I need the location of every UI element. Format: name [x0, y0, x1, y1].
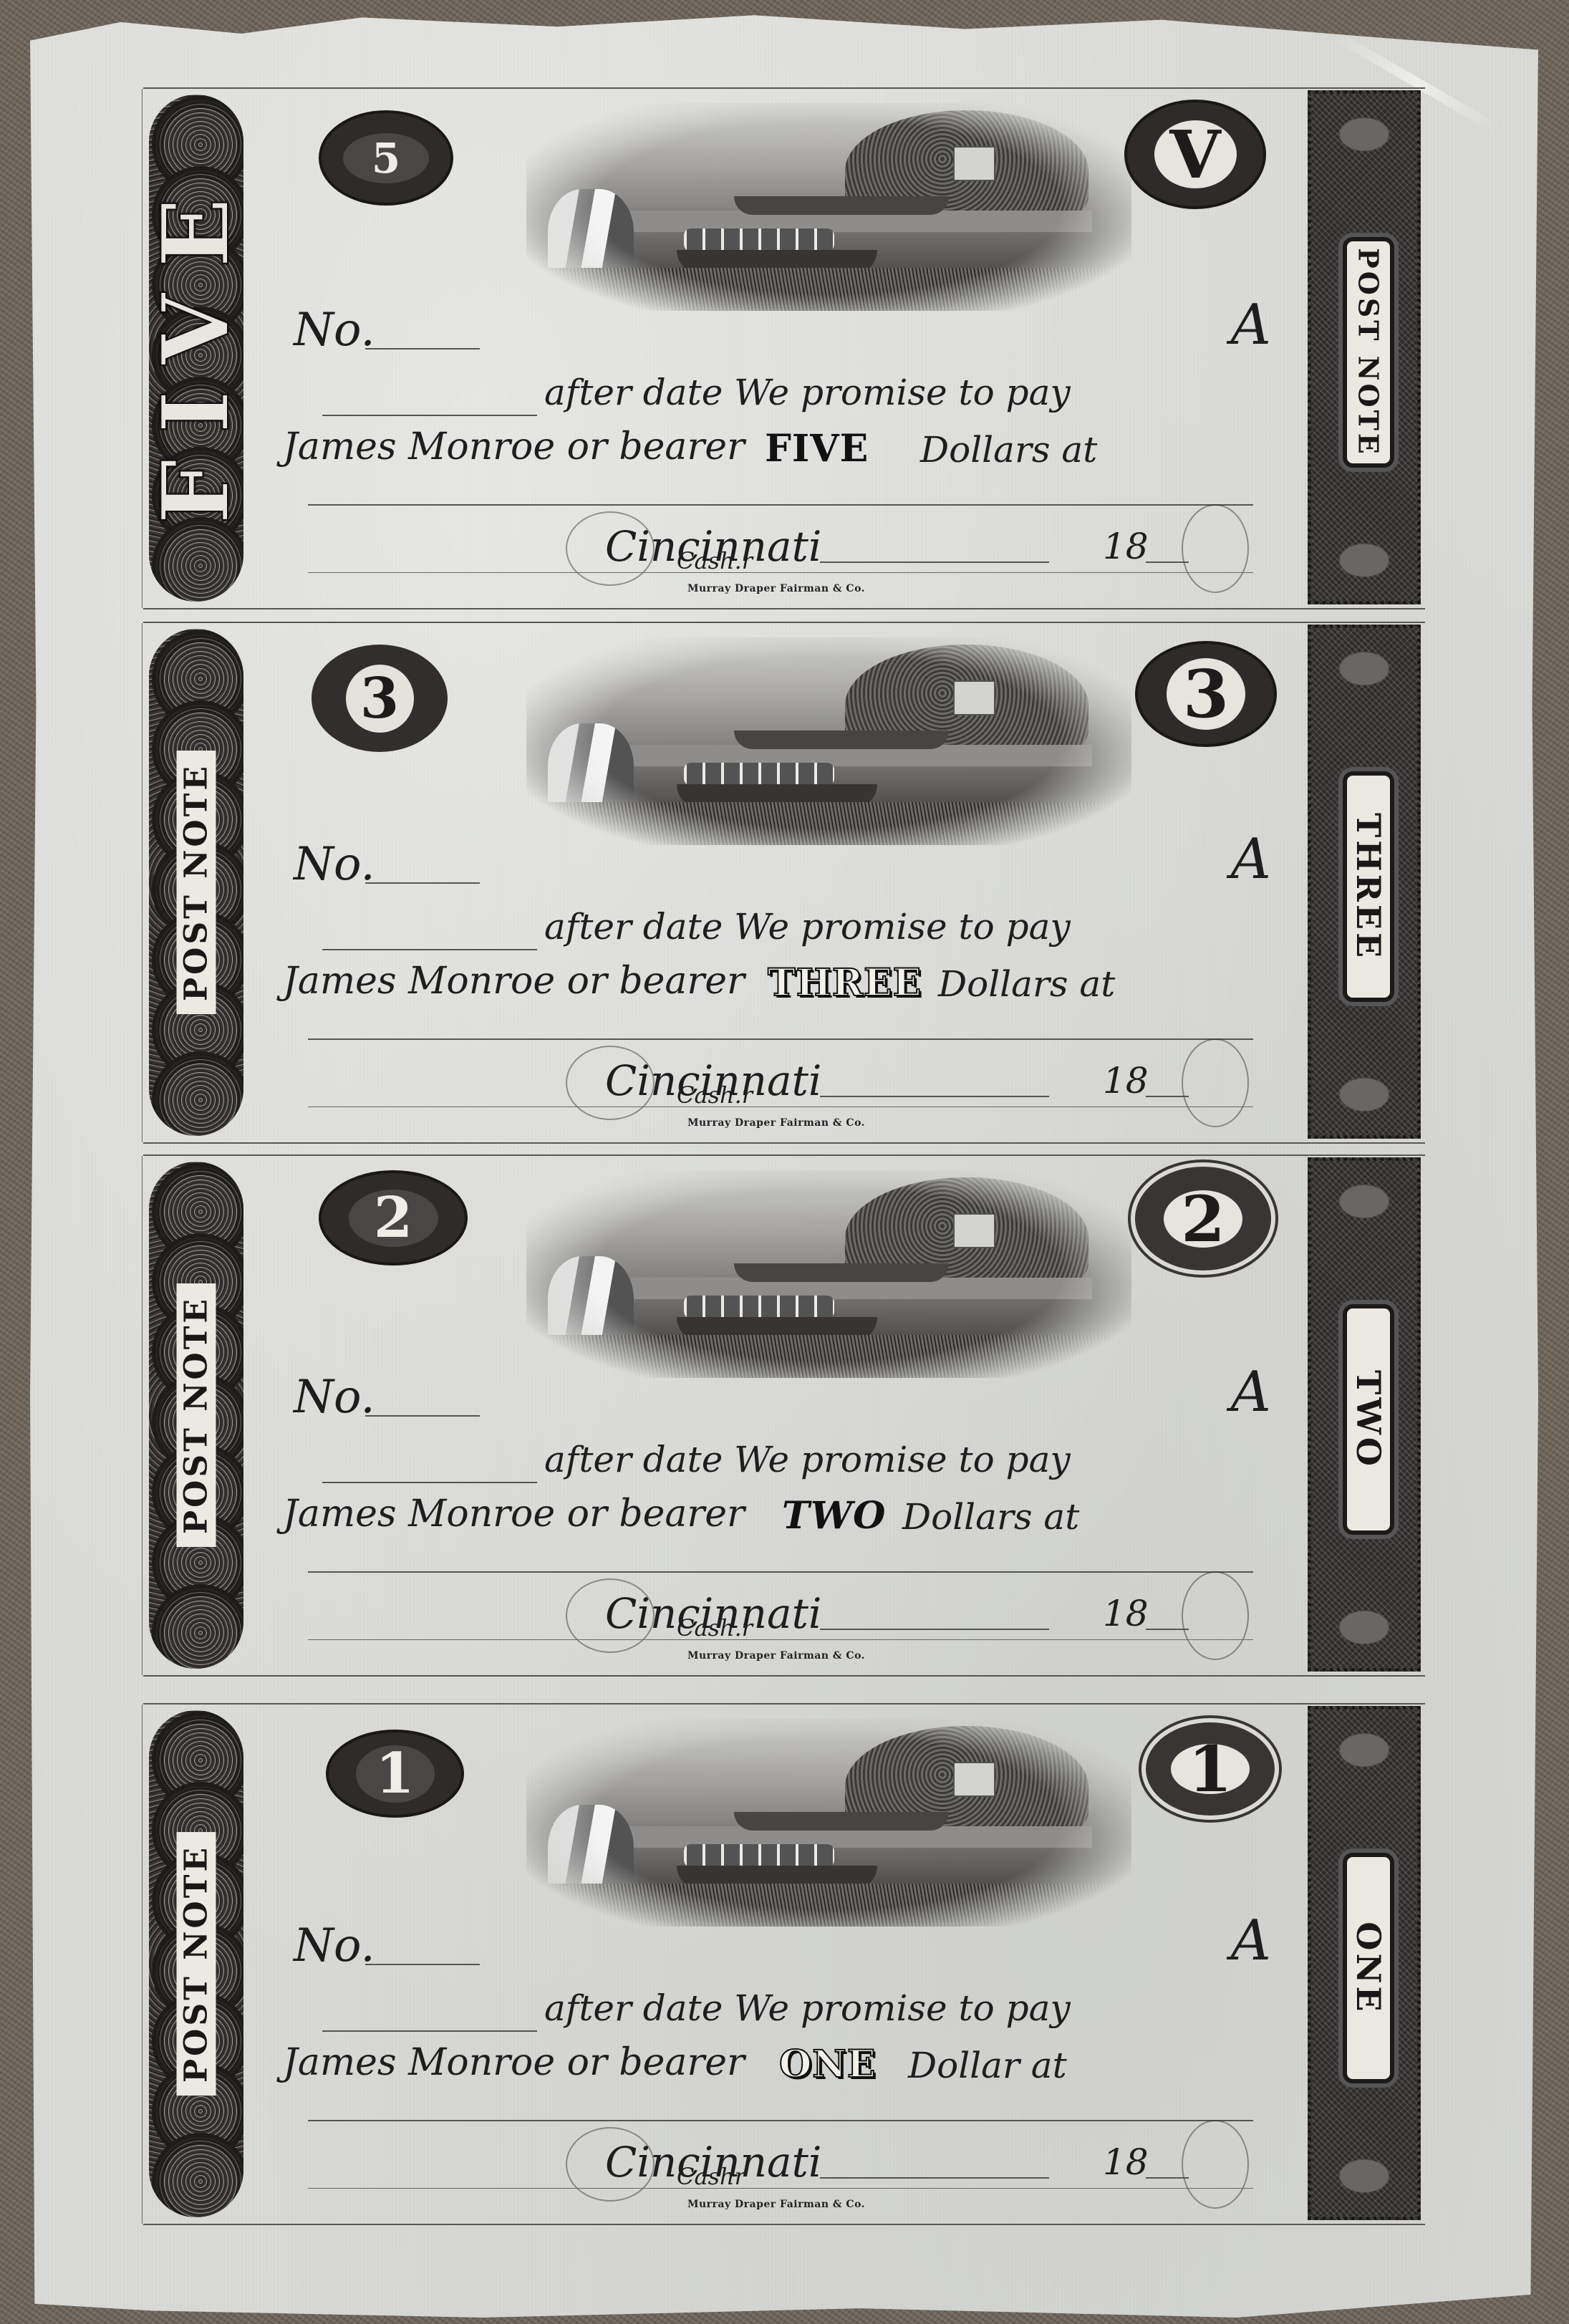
- left-panel-label: FIVE: [149, 172, 243, 524]
- vignette-steamboat: [734, 196, 949, 215]
- serial-number-line: [365, 1415, 480, 1417]
- ruled-line: [308, 1038, 1253, 1040]
- canal-scene-vignette: [526, 637, 1131, 845]
- amount-word: FIVE: [765, 427, 869, 471]
- right-denomination-counter: V: [1124, 100, 1266, 209]
- year-line: [1146, 1096, 1189, 1097]
- flourish: [1182, 1571, 1249, 1660]
- right-counter-digit: 1: [1188, 1732, 1232, 1806]
- serial-number-label: No.: [294, 838, 375, 891]
- right-counter-digit: 3: [1183, 655, 1229, 733]
- vignette-building: [953, 1213, 995, 1248]
- year-prefix: 18: [1103, 2141, 1149, 2183]
- vignette-grass: [526, 1884, 1131, 1927]
- serial-number-label: No.: [294, 1371, 375, 1424]
- vignette-grass: [526, 802, 1131, 845]
- year-prefix: 18: [1103, 526, 1149, 567]
- payee-text: James Monroe or bearer: [283, 2041, 745, 2084]
- ruled-line: [308, 2120, 1253, 2121]
- plate-letter: A: [1231, 827, 1271, 892]
- left-end-panel: POST NOTE: [149, 1162, 243, 1669]
- banknote-3: POST NOTE 3 3 THREE No. A after date: [143, 622, 1425, 1144]
- right-panel-label: TWO: [1349, 1370, 1388, 1469]
- left-end-panel: POST NOTE: [149, 629, 243, 1136]
- left-panel-label: POST NOTE: [177, 751, 216, 1014]
- left-counter-digit: 1: [375, 1741, 414, 1806]
- cashier-label: Cash.r: [677, 1081, 753, 1109]
- right-end-panel: TWO: [1308, 1157, 1421, 1672]
- signature-line: [308, 1639, 1253, 1640]
- left-panel-label: POST NOTE: [177, 1283, 216, 1547]
- cashier-label: Cashr: [677, 2163, 745, 2190]
- right-end-panel: ONE: [1308, 1706, 1421, 2220]
- plate-letter: A: [1231, 1909, 1271, 1973]
- payee-text: James Monroe or bearer: [283, 960, 745, 1003]
- flourish: [1182, 2120, 1249, 2209]
- right-panel-label: THREE: [1349, 813, 1388, 960]
- vignette-steamboat: [734, 1812, 949, 1831]
- serial-number-line: [365, 882, 480, 884]
- left-denomination-counter: 1: [326, 1730, 464, 1818]
- vignette-steamboat: [734, 731, 949, 749]
- signature-line: [308, 1106, 1253, 1107]
- year-line: [1146, 1629, 1189, 1630]
- left-panel-label: POST NOTE: [177, 1832, 216, 2096]
- flourish: [1182, 504, 1249, 593]
- promise-text: after date We promise to pay: [544, 1439, 1071, 1480]
- vignette-steamboat: [734, 1263, 949, 1282]
- right-denomination-counter: 1: [1146, 1722, 1275, 1816]
- vignette-building: [953, 146, 995, 181]
- right-denomination-counter: 2: [1135, 1167, 1271, 1271]
- cashier-label: Cash.r: [677, 547, 753, 574]
- date-line: [820, 1629, 1049, 1630]
- banknote-5: FIVE 5 V POST NOTE No. A after date W: [143, 87, 1425, 609]
- promise-text: after date We promise to pay: [544, 372, 1071, 413]
- right-denomination-counter: 3: [1135, 641, 1277, 747]
- right-panel-cartouche: POST NOTE: [1343, 237, 1394, 468]
- vignette-grass: [526, 1335, 1131, 1378]
- serial-number-label: No.: [294, 1919, 375, 1972]
- term-line: [322, 2030, 537, 2032]
- signature-line: [308, 572, 1253, 573]
- vignette-barrels: [684, 1844, 834, 1867]
- left-counter-digit: 3: [360, 666, 399, 731]
- year-line: [1146, 561, 1189, 563]
- payee-text: James Monroe or bearer: [283, 1493, 745, 1535]
- banknote-2: POST NOTE 2 2 TWO No. A after date We: [143, 1154, 1425, 1677]
- left-end-panel: POST NOTE: [149, 1710, 243, 2217]
- vignette-barrels: [684, 228, 834, 251]
- right-panel-cartouche: TWO: [1343, 1304, 1394, 1535]
- date-line: [820, 561, 1049, 563]
- amount-unit: Dollars at: [902, 1496, 1079, 1538]
- year-prefix: 18: [1103, 1593, 1149, 1634]
- year-line: [1146, 2177, 1189, 2179]
- engraver-imprint: Murray Draper Fairman & Co.: [687, 2199, 865, 2210]
- left-denomination-counter: 2: [319, 1170, 468, 1265]
- amount-unit: Dollars at: [938, 963, 1115, 1005]
- flourish: [1182, 1038, 1249, 1127]
- date-line: [820, 2177, 1049, 2179]
- vignette-grass: [526, 268, 1131, 311]
- serial-number-line: [365, 1964, 480, 1965]
- right-end-panel: POST NOTE: [1308, 90, 1421, 604]
- left-denomination-counter: 5: [319, 110, 453, 206]
- amount-word: TWO: [782, 1494, 886, 1538]
- vignette-building: [953, 680, 995, 715]
- engraver-imprint: Murray Draper Fairman & Co.: [687, 1117, 865, 1129]
- term-line: [322, 415, 537, 416]
- left-counter-digit: 2: [374, 1185, 412, 1250]
- canal-scene-vignette: [526, 1719, 1131, 1927]
- vignette-barrels: [684, 1296, 834, 1318]
- vignette-barrels: [684, 763, 834, 786]
- ruled-line: [308, 504, 1253, 506]
- right-panel-label: POST NOTE: [1353, 248, 1385, 457]
- canal-scene-vignette: [526, 103, 1131, 311]
- term-line: [322, 1482, 537, 1483]
- right-end-panel: THREE: [1308, 625, 1421, 1139]
- right-counter-digit: 2: [1181, 1182, 1225, 1256]
- amount-word: THREE: [768, 961, 922, 1005]
- vignette-building: [953, 1762, 995, 1797]
- engraver-imprint: Murray Draper Fairman & Co.: [687, 1650, 865, 1662]
- right-panel-label: ONE: [1349, 1922, 1388, 2014]
- amount-unit: Dollars at: [920, 429, 1097, 471]
- banknote-1: POST NOTE 1 1 ONE No. A after date We: [143, 1703, 1425, 2225]
- right-panel-cartouche: THREE: [1343, 771, 1394, 1002]
- signature-line: [308, 2188, 1253, 2189]
- plate-letter: A: [1231, 1360, 1271, 1424]
- serial-number-line: [365, 348, 480, 349]
- canal-scene-vignette: [526, 1170, 1131, 1378]
- right-panel-cartouche: ONE: [1343, 1853, 1394, 2083]
- amount-unit: Dollar at: [908, 2045, 1067, 2086]
- plate-letter: A: [1231, 293, 1271, 357]
- promise-text: after date We promise to pay: [544, 1987, 1071, 2029]
- left-end-panel: FIVE: [149, 95, 243, 602]
- payee-text: James Monroe or bearer: [283, 425, 745, 468]
- right-counter-digit: V: [1169, 116, 1220, 193]
- engraver-imprint: Murray Draper Fairman & Co.: [687, 583, 865, 594]
- ruled-line: [308, 1571, 1253, 1573]
- left-counter-digit: 5: [372, 134, 400, 183]
- date-line: [820, 1096, 1049, 1097]
- serial-number-label: No.: [294, 304, 375, 357]
- cashier-label: Cash.r: [677, 1614, 753, 1641]
- year-prefix: 18: [1103, 1060, 1149, 1101]
- term-line: [322, 949, 537, 950]
- amount-word: ONE: [779, 2043, 876, 2086]
- promise-text: after date We promise to pay: [544, 906, 1071, 948]
- left-denomination-counter: 3: [312, 645, 448, 752]
